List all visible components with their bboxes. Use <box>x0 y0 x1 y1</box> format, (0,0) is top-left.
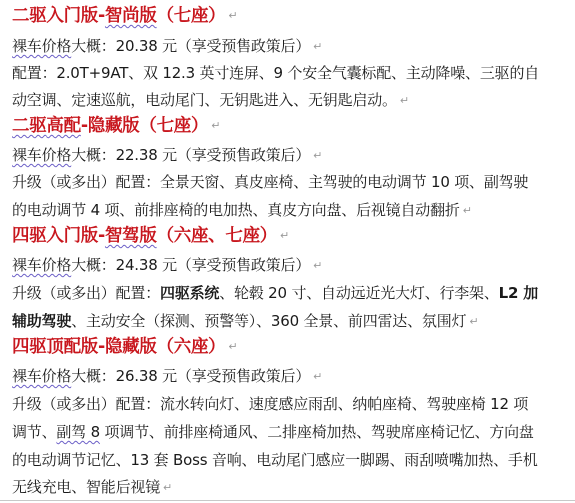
config-line: 升级（或多出）配置：全景天窗、真皮座椅、主驾驶的电动调节 10 项、副驾驶 <box>12 172 528 192</box>
section-heading-4: 四驱顶配版-隐藏版（六座）↵ <box>12 337 237 357</box>
config-line: 配置：2.0T+9AT、双 12.3 英寸连屏、9 个安全气囊标配、主动降噪、三… <box>12 63 539 83</box>
heading-text: 二驱 <box>12 116 46 136</box>
heading-text: -隐藏版（七座） <box>81 116 208 136</box>
config-line: 升级（或多出）配置：四驱系统、轮毂 20 寸、自动远近光大灯、行李架、L2 加 <box>12 283 538 303</box>
paragraph-mark-icon: ↵ <box>228 340 237 353</box>
price-text: 大概：22.38 元（享受预售政策后） <box>71 146 310 164</box>
heading-text: 四驱顶配版-隐藏版（六座） <box>12 337 225 357</box>
heading-text: 四驱入门版- <box>12 226 105 246</box>
config-text: 的电动调节 4 项、前排座椅的电加热、真皮方向盘、后视镜自动翻折 <box>12 201 460 219</box>
price-label: 裸车价格 <box>12 37 71 55</box>
config-line: 辅助驾驶、主动安全（探测、预警等）、360 全景、前四雷达、氛围灯↵ <box>12 311 478 332</box>
price-line-1: 裸车价格大概：20.38 元（享受预售政策后）↵ <box>12 36 322 57</box>
config-bold-text: 四驱系统 <box>160 284 219 302</box>
config-bold-text: L2 加 <box>499 284 538 302</box>
config-line: 的电动调节记忆、13 套 Boss 音响、电动尾门感应一脚踢、雨刮喷嘴加热、手机 <box>12 450 538 470</box>
config-line: 无线充电、智能后视镜↵ <box>12 477 172 498</box>
paragraph-mark-icon: ↵ <box>163 481 172 494</box>
section-heading-1: 二驱入门版-智尚版（七座）↵ <box>12 6 237 26</box>
config-text: 副驾 8 <box>56 423 100 441</box>
price-label: 裸车价格 <box>12 367 71 385</box>
price-label: 裸车价格 <box>12 146 71 164</box>
config-line: 升级（或多出）配置：流水转向灯、速度感应雨刮、纳帕座椅、驾驶座椅 12 项 <box>12 394 528 414</box>
config-text: 、主动安全（探测、预警等）、360 全景、前四雷达、氛围灯 <box>71 312 466 330</box>
config-bold-text: 辅助驾驶 <box>12 312 71 330</box>
price-text: 大概：24.38 元（享受预售政策后） <box>71 256 310 274</box>
config-text: 动空调、定速巡航，电动尾门、无钥匙进入、无钥匙启动。 <box>12 91 397 109</box>
paragraph-mark-icon: ↵ <box>313 40 322 53</box>
paragraph-mark-icon: ↵ <box>469 315 478 328</box>
config-text: 、轮毂 20 寸、自动远近光大灯、行李架、 <box>219 284 498 302</box>
paragraph-mark-icon: ↵ <box>313 370 322 383</box>
paragraph-mark-icon: ↵ <box>313 259 322 272</box>
config-line: 调节、副驾 8 项调节、前排座椅通风、二排座椅加热、驾驶席座椅记忆、方向盘 <box>12 422 534 442</box>
heading-text: 智尚版 <box>105 6 157 26</box>
page-bottom-divider <box>0 500 575 501</box>
paragraph-mark-icon: ↵ <box>211 119 220 132</box>
price-line-3: 裸车价格大概：24.38 元（享受预售政策后）↵ <box>12 255 322 276</box>
section-heading-2: 二驱高配-隐藏版（七座）↵ <box>12 116 220 136</box>
paragraph-mark-icon: ↵ <box>228 9 237 22</box>
paragraph-mark-icon: ↵ <box>463 204 472 217</box>
price-label: 裸车价格 <box>12 256 71 274</box>
config-line: 的电动调节 4 项、前排座椅的电加热、真皮方向盘、后视镜自动翻折↵ <box>12 200 472 221</box>
config-text: 项调节、前排座椅通风、二排座椅加热、驾驶席座椅记忆、方向盘 <box>100 423 534 441</box>
paragraph-mark-icon: ↵ <box>400 94 409 107</box>
section-heading-3: 四驱入门版-智驾版（六座、七座）↵ <box>12 226 289 246</box>
paragraph-mark-icon: ↵ <box>280 229 289 242</box>
price-line-2: 裸车价格大概：22.38 元（享受预售政策后）↵ <box>12 145 322 166</box>
heading-text: （七座） <box>157 6 226 26</box>
price-text: 大概：20.38 元（享受预售政策后） <box>71 37 310 55</box>
config-text: 无线充电、智能后视镜 <box>12 478 160 496</box>
price-text: 大概：26.38 元（享受预售政策后） <box>71 367 310 385</box>
heading-text: 智驾版 <box>105 226 157 246</box>
config-line: 动空调、定速巡航，电动尾门、无钥匙进入、无钥匙启动。↵ <box>12 90 409 111</box>
price-line-4: 裸车价格大概：26.38 元（享受预售政策后）↵ <box>12 366 322 387</box>
heading-text: 高配 <box>46 116 80 136</box>
heading-text: 二驱入门版- <box>12 6 105 26</box>
config-text: 调节、 <box>12 423 56 441</box>
paragraph-mark-icon: ↵ <box>313 149 322 162</box>
config-text: 升级（或多出）配置： <box>12 284 160 302</box>
heading-text: （六座、七座） <box>157 226 277 246</box>
